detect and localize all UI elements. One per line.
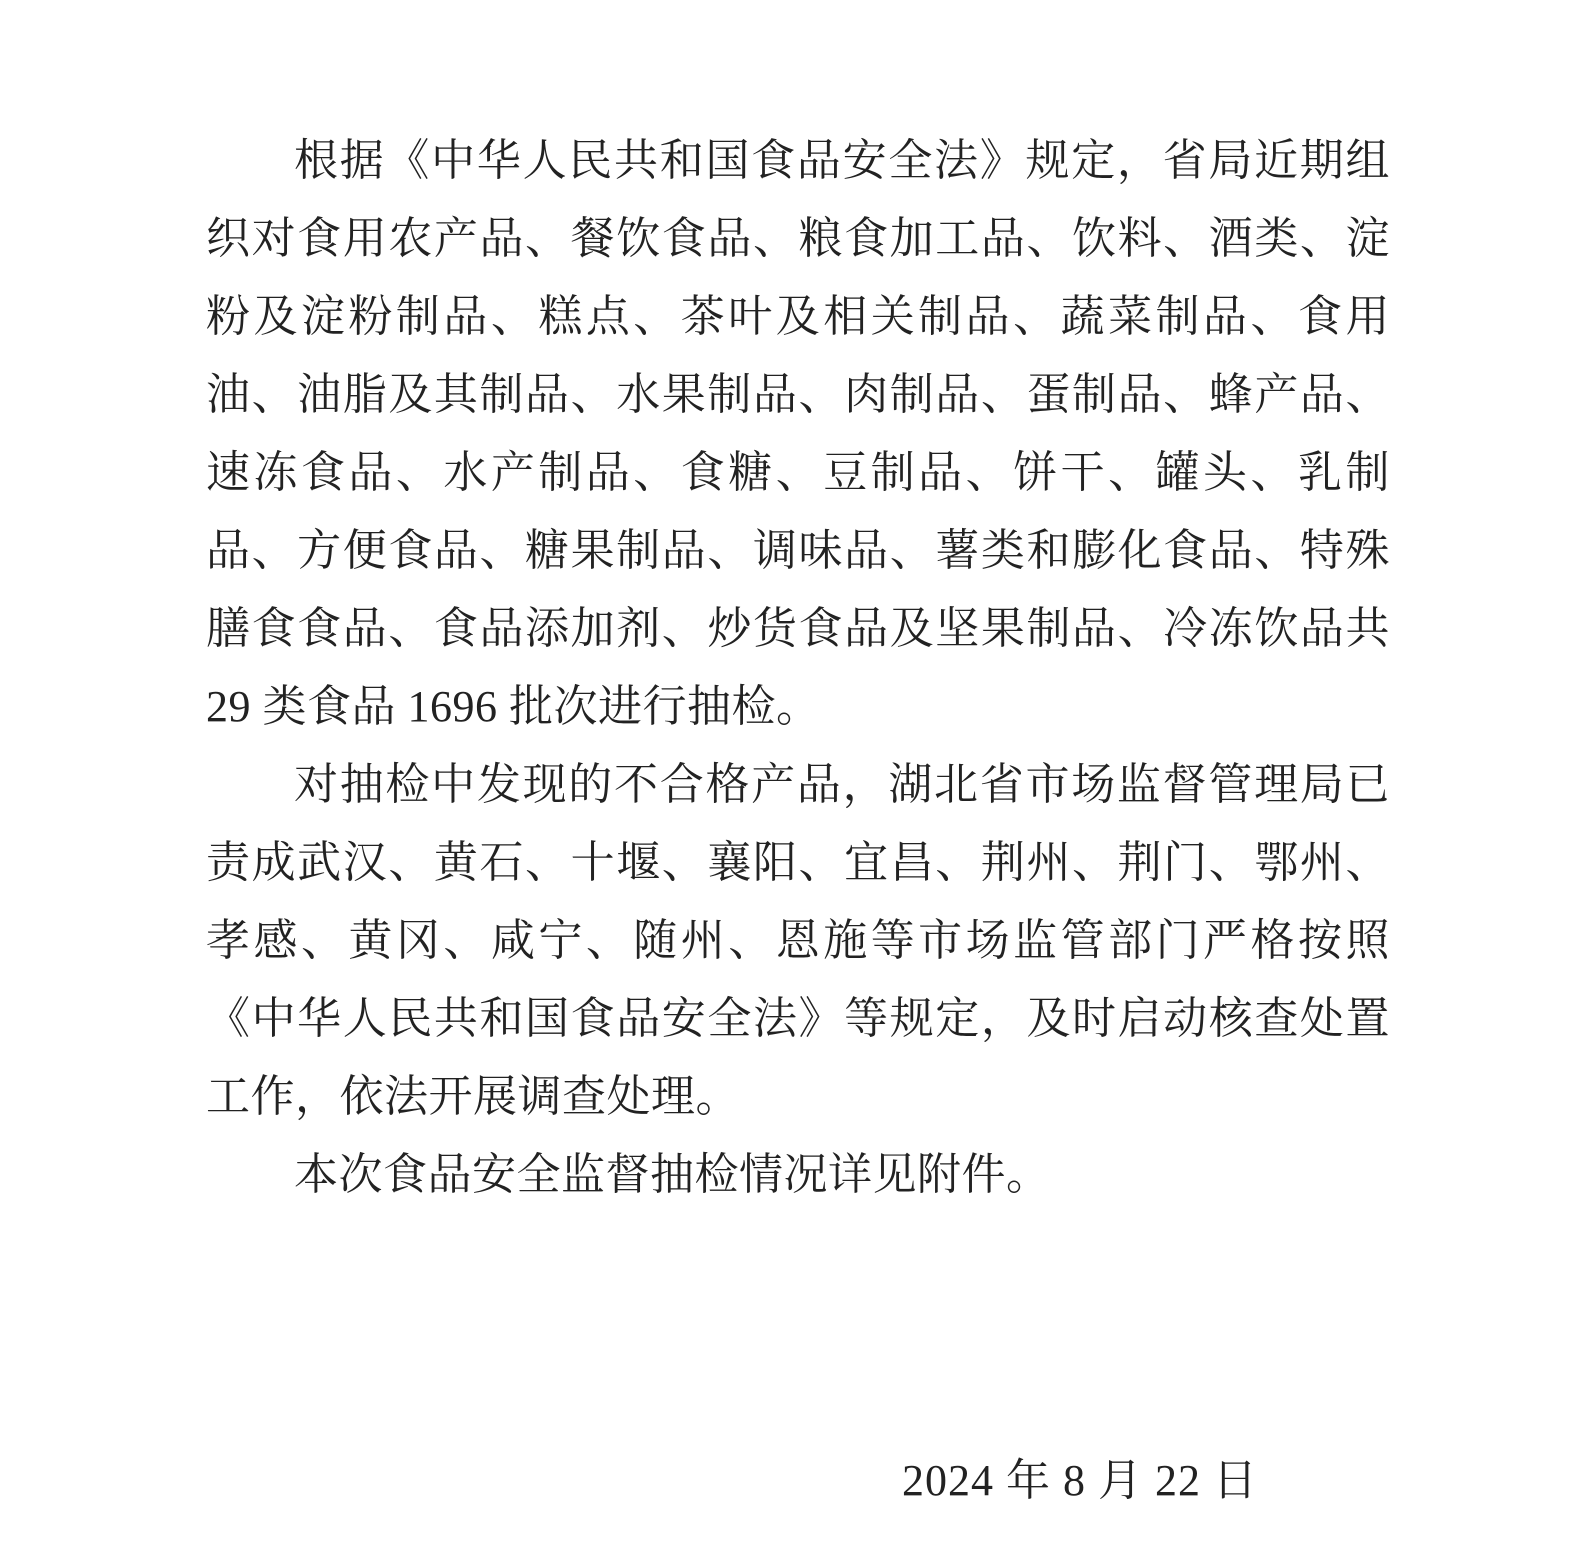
document-body: 根据《中华人民共和国食品安全法》规定，省局近期组织对食用农产品、餐饮食品、粮食加…	[206, 122, 1390, 1520]
paragraph-handling-measures: 对抽检中发现的不合格产品，湖北省市场监督管理局已责成武汉、黄石、十堰、襄阳、宜昌…	[206, 746, 1390, 1136]
date-line: 2024 年 8 月 22 日	[206, 1442, 1390, 1520]
paragraph-inspection-scope: 根据《中华人民共和国食品安全法》规定，省局近期组织对食用农产品、餐饮食品、粮食加…	[206, 122, 1390, 746]
document-page: 根据《中华人民共和国食品安全法》规定，省局近期组织对食用农产品、餐饮食品、粮食加…	[0, 0, 1587, 1561]
paragraph-attachment-note: 本次食品安全监督抽检情况详见附件。	[206, 1136, 1390, 1214]
